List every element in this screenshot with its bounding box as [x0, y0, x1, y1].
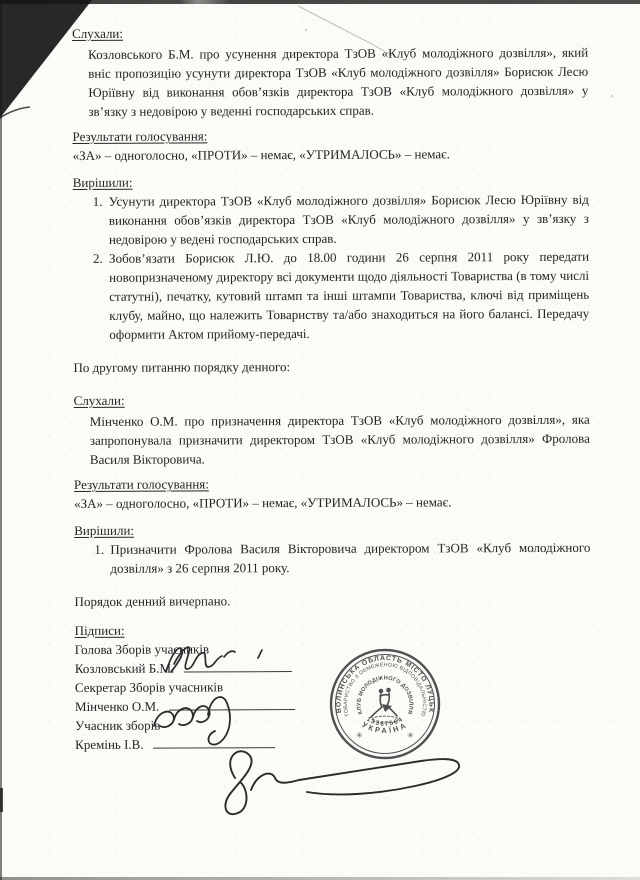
vote-heading-2: Результати голосування:: [74, 473, 590, 494]
seal-star-left-icon: ✳: [356, 731, 363, 740]
signature-line: [184, 658, 292, 672]
decided-heading-2: Вирішили:: [74, 519, 590, 540]
vote-heading-1: Результати голосування:: [72, 125, 588, 146]
decided-heading-1: Вирішили:: [73, 171, 589, 192]
signature-line: [154, 734, 276, 749]
decided-item: 2. Зобов’язати Борисюк Л.Ю. до 18.00 год…: [93, 247, 589, 344]
signer-name: Кремінь І.В.: [75, 737, 143, 752]
vote-text-1: «ЗА» – одноголосно, «ПРОТИ» – немає, «УТ…: [73, 144, 589, 165]
heard-heading-1: Слухали:: [72, 22, 588, 43]
seal-star-right-icon: ✳: [407, 731, 414, 740]
heard-heading-2: Слухали:: [74, 389, 590, 410]
heard-text-2: Мінченко О.М. про призначення директора …: [90, 410, 590, 469]
decided-item: 1. Призначити Фролова Василя Вікторовича…: [94, 538, 590, 578]
list-number: 1.: [94, 540, 110, 578]
signer-name: Мінченко О.М.: [75, 699, 159, 714]
company-seal-stamp: ВОЛИНСЬКА ОБЛАСТЬ МІСТО ЛУЦЬК УКРАЇНА 13…: [315, 634, 455, 774]
list-text: Призначити Фролова Василя Вікторовича ди…: [110, 538, 590, 578]
list-text: Усунути директора ТзОВ «Клуб молодіжного…: [109, 190, 589, 249]
scanned-protocol-page: Слухали: Козловського Б.М. про усунення …: [0, 0, 640, 880]
vote-text-2: «ЗА» – одноголосно, «ПРОТИ» – немає, «УТ…: [74, 492, 590, 513]
list-number: 1.: [93, 192, 109, 249]
signature-line: [169, 696, 295, 711]
second-question-intro: По другому питанню порядку денного:: [73, 356, 589, 377]
agenda-done-text: Порядок денний вичерпано.: [74, 590, 590, 611]
scan-left-mark: [0, 788, 3, 812]
signer-name: Козловський Б.М.: [75, 661, 174, 676]
seal-dancers-icon: [371, 688, 398, 723]
list-number: 2.: [93, 249, 109, 344]
heard-text-1: Козловського Б.М. про усунення директора…: [88, 43, 588, 121]
decided-item: 1. Усунути директора ТзОВ «Клуб молодіжн…: [93, 190, 589, 249]
list-text: Зобов’язати Борисюк Л.Ю. до 18.00 години…: [109, 247, 589, 344]
